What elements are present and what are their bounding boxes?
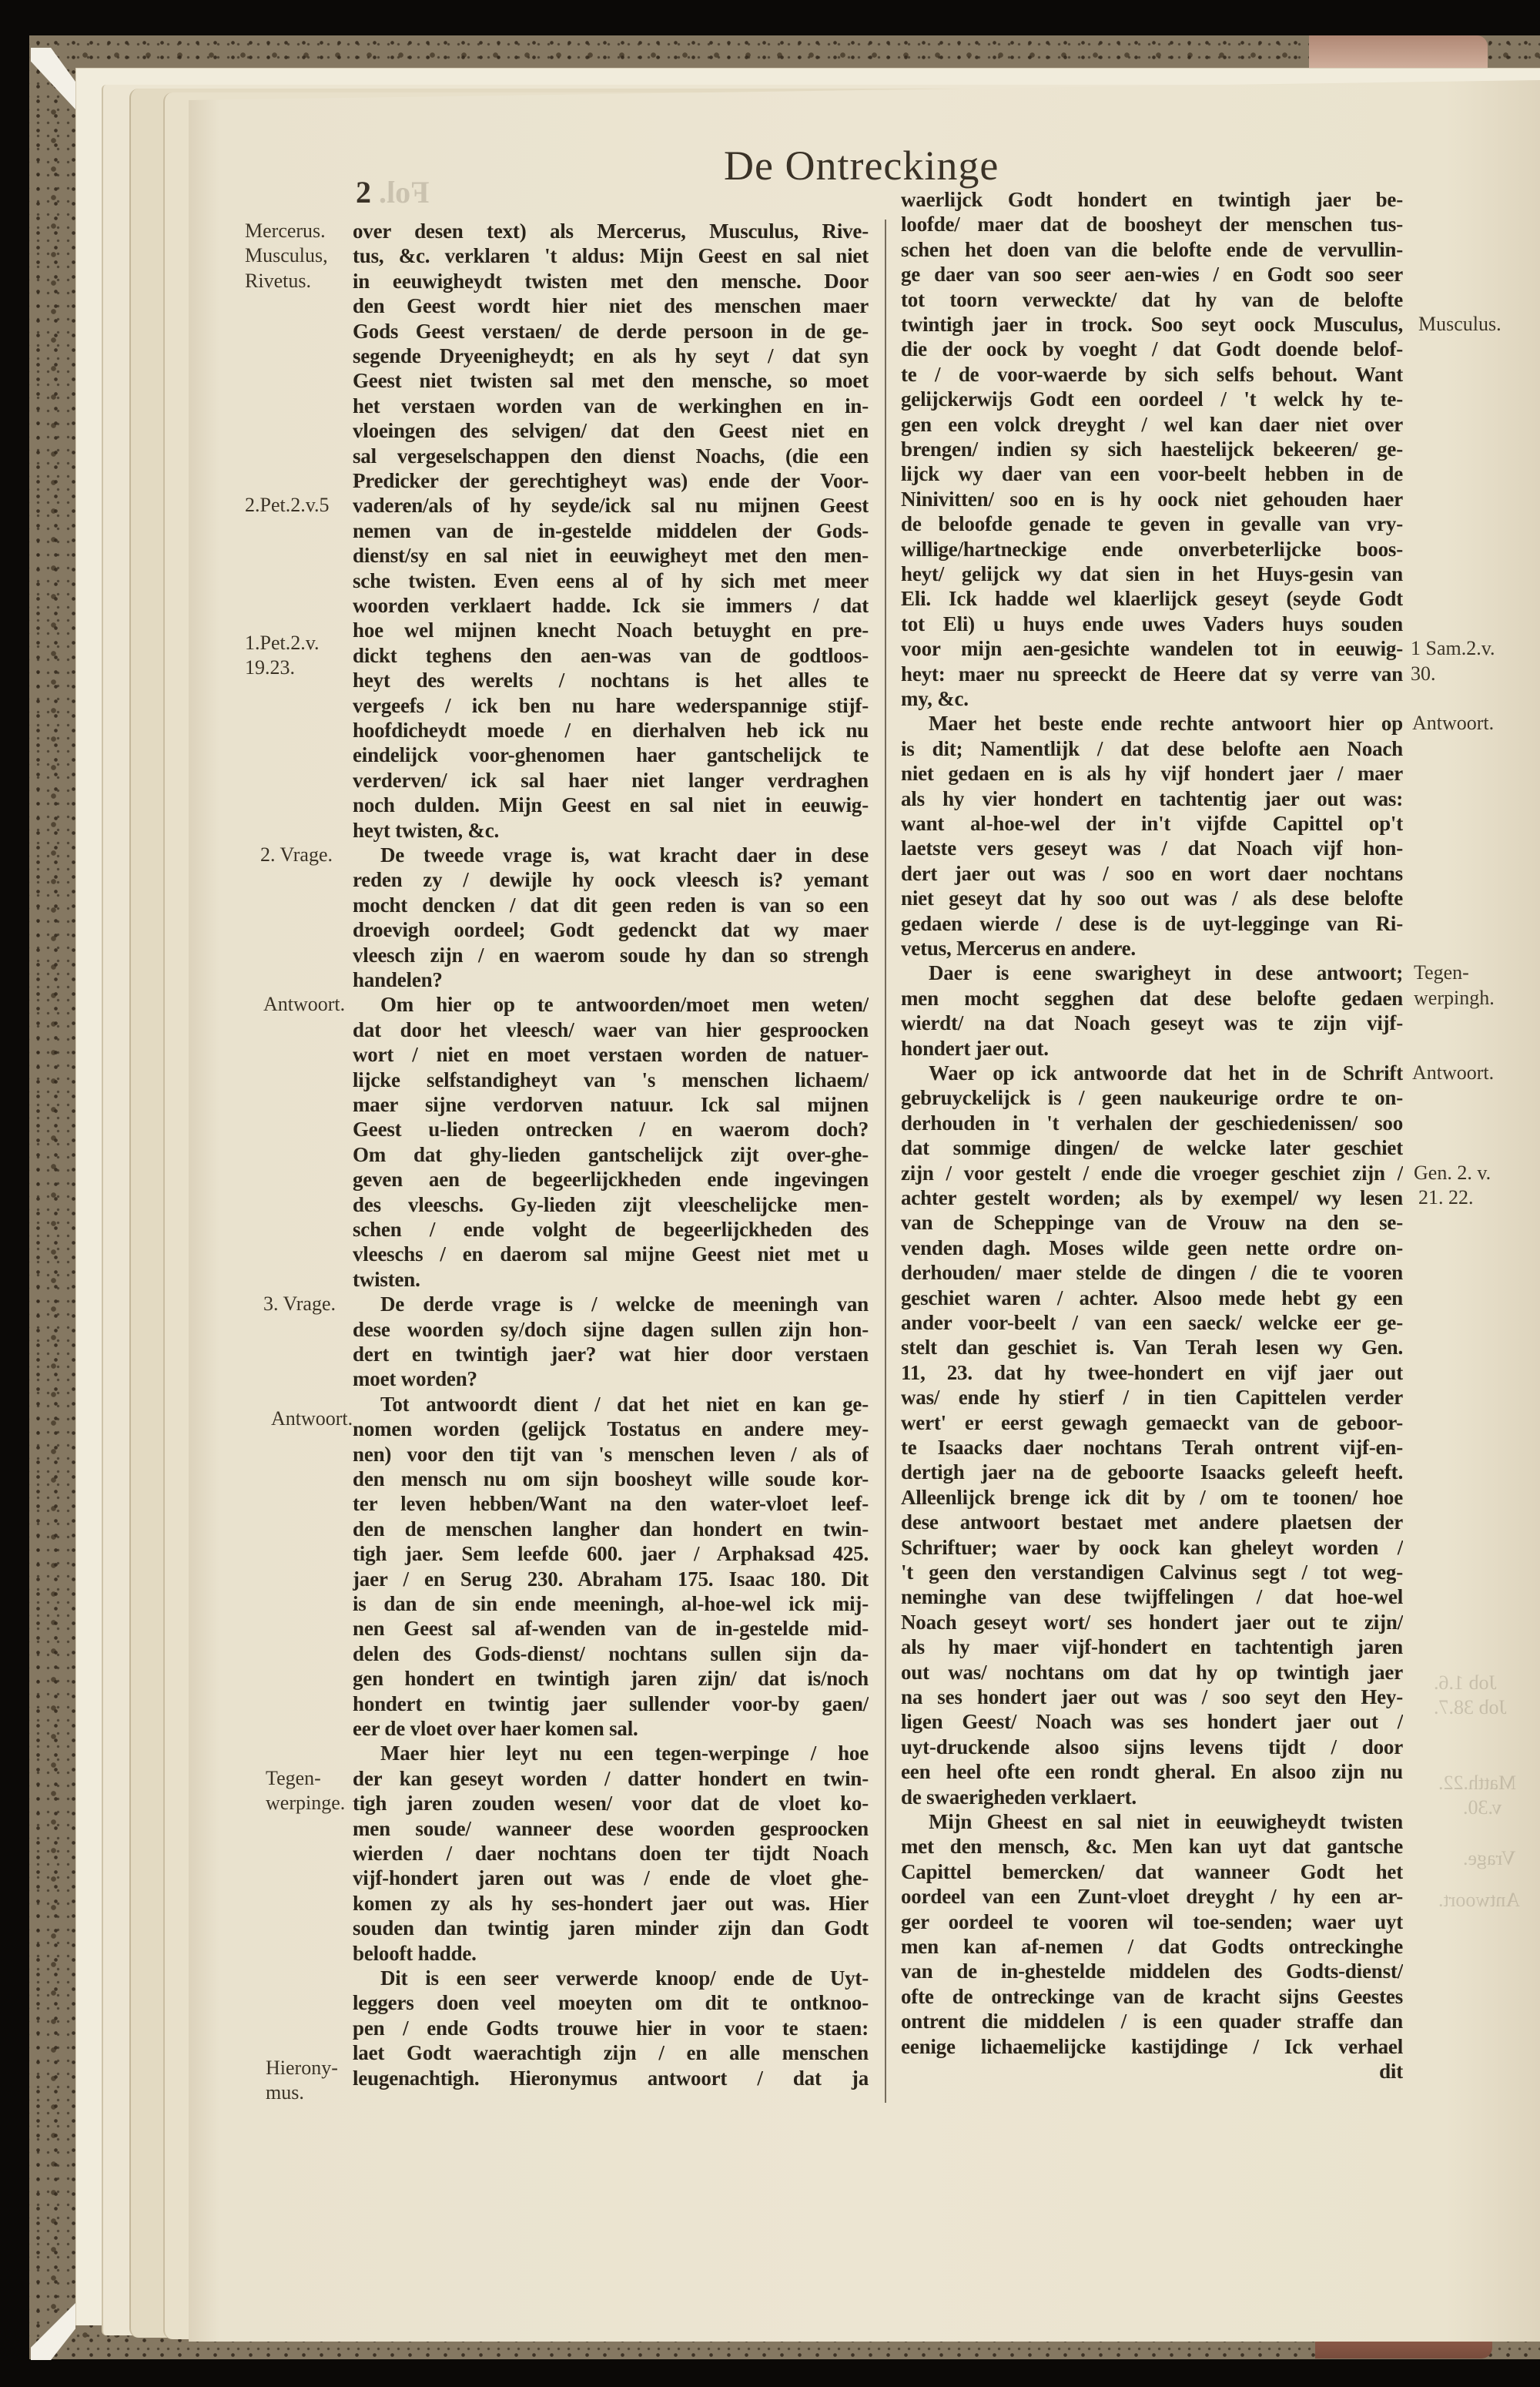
- text-line: jaer / en Serug 230. Abraham 175. Isaac …: [353, 1567, 869, 1591]
- text-line: Om dat ghy-lieden gantschelijck zijt ove…: [353, 1142, 869, 1167]
- text-line: 11, 23. dat hy twee-hondert en vijf jaer…: [901, 1360, 1403, 1385]
- text-line: laetste vers geseyt was / dat Noach vijf…: [901, 836, 1403, 860]
- margin-note: Antwoort.: [1412, 711, 1494, 736]
- text-line: gebruyckelijck is / geen naukeurige ordr…: [901, 1085, 1403, 1110]
- text-line: zijn / voor gestelt / ende die vroeger g…: [901, 1161, 1403, 1185]
- text-column-right: waerlijck Godt hondert en twintigh jaer …: [901, 187, 1403, 2090]
- text-line: over desen text) als Mercerus, Musculus,…: [353, 219, 869, 243]
- text-line: men mocht segghen dat dese belofte gedae…: [901, 986, 1403, 1011]
- text-line: Alleenlijck brenge ick dit by / om te to…: [901, 1485, 1403, 1510]
- margin-note: Musculus,: [245, 243, 328, 268]
- text-line: heyt twisten, &c.: [353, 818, 869, 843]
- text-line: Mijn Gheest en sal niet in eeuwigheydt t…: [901, 1809, 1403, 1834]
- text-line: komen zy als hy ses-hondert jaer out was…: [353, 1891, 869, 1916]
- show-through-text: Fol.: [379, 174, 430, 210]
- text-line: waerlijck Godt hondert en twintigh jaer …: [901, 187, 1403, 212]
- text-line: vloeingen des selvigen/ dat den Geest ni…: [353, 418, 869, 443]
- text-line: dienst/sy en sal niet in eeuwigheyt met …: [353, 543, 869, 568]
- text-line: woorden verklaert hadde. Ick sie immers …: [353, 593, 869, 618]
- text-column-left: over desen text) als Mercerus, Musculus,…: [353, 219, 869, 2098]
- text-line: verderven/ ick sal haer niet langer verd…: [353, 768, 869, 793]
- text-line: tot toorn verweckte/ dat hy van de belof…: [901, 287, 1403, 312]
- margin-note: 30.: [1411, 662, 1436, 686]
- text-line: ge daer van soo seer aen-wies / en Godt …: [901, 262, 1403, 287]
- text-line: maer sijne verdorven natuur. Ick sal mij…: [353, 1092, 869, 1117]
- text-line: tigh jaren zouden wesen/ voor dat de vlo…: [353, 1791, 869, 1815]
- text-line: segende Dryeenigheydt; en als hy seyt / …: [353, 344, 869, 368]
- text-line: lijck wy daer van een voor-beelt hebben …: [901, 461, 1403, 486]
- text-line: souden dan twintig jaren minder zijn dan…: [353, 1916, 869, 1940]
- text-line: Maer hier leyt nu een tegen-werpinge / h…: [353, 1741, 869, 1765]
- show-through-text: Vrage.: [1463, 1847, 1515, 1870]
- margin-note: mus.: [266, 2080, 304, 2105]
- text-line: derhouden in 't verhalen der geschiedeni…: [901, 1111, 1403, 1135]
- text-line: reden zy / dewijle hy oock vleesch is? y…: [353, 867, 869, 892]
- text-line: belooft hadde.: [353, 1941, 869, 1966]
- running-head: De Ontreckinge: [724, 142, 999, 189]
- text-line: eindelijck voor-ghenomen haer gantscheli…: [353, 743, 869, 767]
- text-line: nen Geest sal af-wenden van de in-gestel…: [353, 1616, 869, 1641]
- margin-note: 21. 22.: [1418, 1185, 1474, 1210]
- text-line: De tweede vrage is, wat kracht daer in d…: [353, 843, 869, 867]
- text-line: willige/hartneckige ende onverbeterlijck…: [901, 537, 1403, 562]
- text-line: tus, &c. verklaren 't aldus: Mijn Geest …: [353, 243, 869, 268]
- page-number: 2: [356, 174, 371, 210]
- text-line: eenige lichaemelijcke kastijdinge / Ick …: [901, 2034, 1403, 2059]
- text-line: lijcke selfstandigheyt van 's menschen l…: [353, 1068, 869, 1092]
- text-line: hoe wel mijnen knecht Noach betuyght en …: [353, 618, 869, 642]
- text-line: heyt: maer nu spreeckt de Heere dat sy v…: [901, 662, 1403, 686]
- text-line: te Isaacks daer nochtans Terah ontrent v…: [901, 1435, 1403, 1460]
- show-through-text: v.30.: [1463, 1796, 1501, 1819]
- text-line: den mensch nu om sijn boosheyt wille sou…: [353, 1467, 869, 1491]
- text-line: tot Eli) u huys ende uwes Vaders huys so…: [901, 612, 1403, 636]
- text-line: Noach geseyt wort/ ses hondert jaer out …: [901, 1610, 1403, 1634]
- text-line: noch dulden. Mijn Geest en sal niet in e…: [353, 793, 869, 817]
- text-line: vetus, Mercerus en andere.: [901, 936, 1403, 960]
- text-line: van de Scheppinge van de Vrouw na den se…: [901, 1210, 1403, 1235]
- text-line: Schriftuer; waer by oock kan gheleyt wor…: [901, 1535, 1403, 1560]
- text-line: men soude/ wanneer dese woorden gesprooc…: [353, 1816, 869, 1841]
- text-line: ter leven hebben/Want na den water-vloet…: [353, 1491, 869, 1516]
- text-line: na ses hondert jaer out was / soo seyt d…: [901, 1685, 1403, 1709]
- text-line: out was/ nochtans om dat hy op twintigh …: [901, 1660, 1403, 1685]
- text-line: nen) voor den tijt van 's menschen leven…: [353, 1442, 869, 1467]
- text-line: Geest niet twisten sal met den mensche, …: [353, 368, 869, 393]
- text-line: is dan de sin ende meeningh, al-hoe-wel …: [353, 1591, 869, 1616]
- margin-note: Antwoort.: [271, 1406, 353, 1431]
- text-line: derhouden/ maer stelde de dingen / die t…: [901, 1260, 1403, 1285]
- text-line: den de menschen langher dan hondert en t…: [353, 1517, 869, 1541]
- text-line: die der oock by voeght / dat Godt doende…: [901, 337, 1403, 361]
- text-line: wert' er eerst gewagh gemaeckt van de ge…: [901, 1410, 1403, 1435]
- text-line: van de in-ghestelde middelen des Godts-d…: [901, 1959, 1403, 1983]
- text-line: loofde/ maer dat de boosheyt der mensche…: [901, 212, 1403, 236]
- text-line: wort / niet en moet verstaen worden de n…: [353, 1042, 869, 1067]
- text-line: venden dagh. Moses wilde geen nette ordr…: [901, 1235, 1403, 1260]
- text-line: gen hondert en twintigh jaren zijn/ dat …: [353, 1666, 869, 1691]
- text-line: nemen van de in-gestelde middelen der Go…: [353, 518, 869, 543]
- text-line: wierden / daer nochtans doen ter tijdt N…: [353, 1841, 869, 1866]
- text-line: ger oordeel te vooren wil toe-senden; wa…: [901, 1909, 1403, 1934]
- text-line: droevigh oordeel; Godt gedenckt dat wy m…: [353, 917, 869, 942]
- text-line: schen het doen van die belofte ende de v…: [901, 237, 1403, 262]
- text-line: tigh jaer. Sem leefde 600. jaer / Arphak…: [353, 1541, 869, 1566]
- margin-note: Antwoort.: [263, 992, 345, 1017]
- text-line: vijf-hondert jaren out was / ende de vlo…: [353, 1866, 869, 1890]
- text-line: geschiet waren / achter. Alsoo mede hebt…: [901, 1286, 1403, 1310]
- text-line: my, &c.: [901, 686, 1403, 711]
- text-line: ontrent die middelen / is een quader str…: [901, 2009, 1403, 2033]
- margin-note: Rivetus.: [245, 269, 311, 293]
- margin-note: Gen. 2. v.: [1414, 1161, 1491, 1185]
- text-line: leugenachtigh. Hieronymus antwoort / dat…: [353, 2066, 869, 2090]
- text-line: want al-hoe-wel der in't vijfde Capittel…: [901, 811, 1403, 836]
- text-line: geven aen de begeerlijckheden ende ingev…: [353, 1167, 869, 1192]
- margin-note: Mercerus.: [245, 219, 326, 243]
- text-line: dese antwoort bestaet met andere plaetse…: [901, 1510, 1403, 1534]
- text-line: dat door het vleesch/ waer van hier gesp…: [353, 1017, 869, 1042]
- text-line: 't geen den verstandigen Calvinus segt /…: [901, 1560, 1403, 1584]
- margin-note: 3. Vrage.: [263, 1292, 336, 1316]
- text-line: der kan geseyt worden / datter hondert e…: [353, 1766, 869, 1791]
- text-line: dert jaer out was / soo en wort daer noc…: [901, 861, 1403, 886]
- text-line: achter gestelt worden; als by exempel/ w…: [901, 1185, 1403, 1210]
- text-line: Daer is eene swarigheyt in dese antwoort…: [901, 960, 1403, 985]
- text-line: Capittel bemercken/ dat wanneer Godt het: [901, 1859, 1403, 1884]
- margin-note: 1 Sam.2.v.: [1411, 636, 1495, 661]
- text-line: moet worden?: [353, 1366, 869, 1391]
- margin-note: Musculus.: [1418, 312, 1501, 337]
- text-line: twisten.: [353, 1267, 869, 1292]
- text-line: is dit; Namentlijk / dat dese belofte ae…: [901, 736, 1403, 761]
- text-line: als hy vier hondert en tachtentig jaer o…: [901, 786, 1403, 811]
- text-line: gelijckerwijs Godt een oordeel / 't welc…: [901, 387, 1403, 411]
- text-line: voor mijn aen-gesichte wandelen tot in e…: [901, 636, 1403, 661]
- text-line: de swaerigheden verklaert.: [901, 1785, 1403, 1809]
- column-rule: [885, 220, 886, 2103]
- text-line: delen des Gods-dienst/ nochtans sullen s…: [353, 1641, 869, 1666]
- text-line: Tot antwoordt dient / dat het niet en ka…: [353, 1392, 869, 1416]
- text-line: was/ ende hy stierf / in tien Capittelen…: [901, 1385, 1403, 1410]
- text-line: het verstaen worden van de werkinghen en…: [353, 394, 869, 418]
- text-line: Eli. Ick hadde wel klaerlijck geseyt (se…: [901, 586, 1403, 611]
- text-line: pen / ende Godts trouwe hier in voor te …: [353, 2016, 869, 2040]
- text-line: laet Godt waerachtigh zijn / en alle men…: [353, 2040, 869, 2065]
- text-line: de beloofde genade te geven in gevalle v…: [901, 511, 1403, 536]
- show-through-text: Antwoort.: [1438, 1889, 1520, 1912]
- text-line: niet geseyt dat hy soo out was / als des…: [901, 886, 1403, 910]
- text-line: hoofdicheydt moede / en dierhalven heb i…: [353, 718, 869, 743]
- text-line: handelen?: [353, 967, 869, 992]
- text-line: Predicker der gerechtigheyt was) ende de…: [353, 468, 869, 493]
- text-line: Waer op ick antwoorde dat het in de Schr…: [901, 1061, 1403, 1085]
- text-line: eer de vloet over haer komen sal.: [353, 1716, 869, 1741]
- text-line: Om hier op te antwoorden/moet men weten/: [353, 992, 869, 1017]
- text-line: hondert jaer out.: [901, 1036, 1403, 1061]
- text-line: dert en twintigh jaer? wat hier door ver…: [353, 1342, 869, 1366]
- text-line: met den mensch, &c. Men kan uyt dat gant…: [901, 1834, 1403, 1859]
- margin-note: werpingh.: [1414, 986, 1495, 1011]
- text-line: gedaen wierde / dese is de uyt-legginge …: [901, 911, 1403, 936]
- text-line: vleesch zijn / en waerom soude hy dan so…: [353, 943, 869, 967]
- text-line: ofte de ontreckinge van de kracht sijns …: [901, 1984, 1403, 2009]
- text-line: als hy maer vijf-hondert en tachtentigh …: [901, 1634, 1403, 1659]
- text-line: men kan af-nemen / dat Godts ontreckingh…: [901, 1934, 1403, 1959]
- text-line: heyt/ gelijck wy dat sien in het Huys-ge…: [901, 562, 1403, 586]
- text-line: leggers doen veel moeyten om dit te ontk…: [353, 1990, 869, 2015]
- text-line: vaderen/als of hy seyde/ick sal nu mijne…: [353, 493, 869, 518]
- text-line: Geest u-lieden ontrecken / en waerom doc…: [353, 1117, 869, 1142]
- text-line: wierdt/ na dat Noach geseyt was te zijn …: [901, 1011, 1403, 1035]
- text-line: ligen Geest/ Noach was ses hondert jaer …: [901, 1709, 1403, 1734]
- text-line: vleeschs / en daerom sal mijne Geest nie…: [353, 1242, 869, 1266]
- text-line: dat sommige dingen/ de welcke later gesc…: [901, 1135, 1403, 1160]
- text-line: een heel ofte een rondt gheral. En alsoo…: [901, 1759, 1403, 1784]
- text-line: gen een volck dreyght / wel kan daer nie…: [901, 412, 1403, 437]
- text-line: vergeefs / ick ben nu hare wederspannige…: [353, 693, 869, 718]
- text-line: niet gedaen en is als hy vijf hondert ja…: [901, 761, 1403, 786]
- show-through-text: Job 38.7.: [1434, 1696, 1507, 1719]
- text-line: uyt-druckende alsoo sijns levens tijdt /…: [901, 1735, 1403, 1759]
- margin-note: 2. Vrage.: [260, 843, 333, 867]
- show-through-text: Job 1.6.: [1434, 1671, 1497, 1695]
- text-line: twintigh jaer in trock. Soo seyt oock Mu…: [901, 312, 1403, 337]
- text-line: nomen worden (gelijck Tostatus en andere…: [353, 1416, 869, 1441]
- text-line: den Geest wordt hier niet des menschen m…: [353, 293, 869, 318]
- text-line: mocht dencken / dat dit geen reden is va…: [353, 893, 869, 917]
- text-line: hondert en twintig jaer sullender voor-b…: [353, 1691, 869, 1716]
- text-line: De derde vrage is / welcke de meeningh v…: [353, 1292, 869, 1316]
- text-line: in eeuwigheydt twisten met den mensche. …: [353, 269, 869, 293]
- text-line: dertigh jaer na de geboorte Isaacks gele…: [901, 1460, 1403, 1484]
- text-line: schen / ende volght de begeerlijckheden …: [353, 1217, 869, 1242]
- text-line: sal vergeselschappen den dienst Noachs, …: [353, 444, 869, 468]
- text-line: sche twisten. Even eens al of hy sich me…: [353, 568, 869, 593]
- text-line: neminghe van dese twijffelingen / dat ho…: [901, 1584, 1403, 1609]
- text-line: stelt dan geschiet is. Van Terah lesen w…: [901, 1335, 1403, 1359]
- margin-note: werpinge.: [266, 1791, 345, 1815]
- text-line: Maer het beste ende rechte antwoort hier…: [901, 711, 1403, 736]
- text-line: oordeel van een Zunt-vloet dreyght / hy …: [901, 1884, 1403, 1909]
- catchword: dit: [901, 2059, 1403, 2084]
- text-line: ander voor-beelt / van een saeck/ welcke…: [901, 1310, 1403, 1335]
- leather-spine-top: [1309, 35, 1488, 72]
- margin-note: 2.Pet.2.v.5: [245, 493, 330, 518]
- text-line: Ninivitten/ soo en is hy oock niet gehou…: [901, 487, 1403, 511]
- margin-note: 19.23.: [245, 655, 295, 680]
- text-line: dickt teghens den aen-was van de godtloo…: [353, 643, 869, 668]
- text-line: dese woorden sy/doch sijne dagen sullen …: [353, 1317, 869, 1342]
- text-line: heyt des werelts / nochtans is het alles…: [353, 668, 869, 692]
- margin-note: Tegen-: [266, 1766, 321, 1791]
- text-line: brengen/ indien sy sich haestelijck beke…: [901, 437, 1403, 461]
- text-line: Gods Geest verstaen/ de derde persoon in…: [353, 319, 869, 344]
- show-through-text: Matth.22.: [1438, 1772, 1516, 1795]
- text-line: Dit is een seer verwerde knoop/ ende de …: [353, 1966, 869, 1990]
- margin-note: Hierony-: [266, 2056, 338, 2080]
- margin-note: Tegen-: [1414, 960, 1469, 985]
- margin-note: Antwoort.: [1412, 1061, 1494, 1085]
- text-line: te / de voor-waerde by sich selfs behout…: [901, 362, 1403, 387]
- text-line: des vleeschs. Gy-lieden zijt vleeschelij…: [353, 1192, 869, 1217]
- margin-note: 1.Pet.2.v.: [245, 631, 320, 655]
